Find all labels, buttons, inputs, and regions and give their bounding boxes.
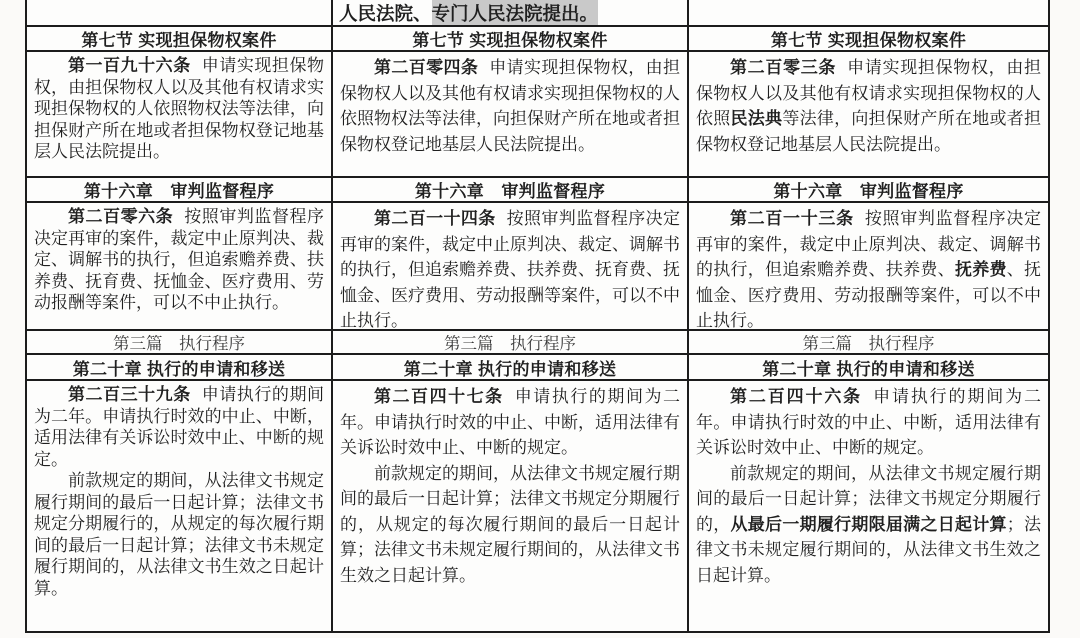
chapter16-header-label: 第十六章 审判监督程序	[415, 178, 605, 202]
carryover-cell	[27, 0, 331, 27]
article-number: 第二百零六条	[68, 207, 173, 226]
part3-header-label: 第三篇 执行程序	[444, 331, 576, 354]
article-number: 第二百零三条	[730, 58, 836, 77]
chapter20-header: 第二十章 执行的申请和移送	[689, 355, 1048, 381]
part3-header: 第三篇 执行程序	[689, 331, 1048, 355]
article-realize-security-cell: 第二百零三条申请实现担保物权，由担保物权人以及其他有权请求实现担保物权的人依照民…	[689, 52, 1048, 178]
article-paragraph: 第二百零四条申请实现担保物权，由担保物权人以及其他有权请求实现担保物权的人依照物…	[340, 55, 680, 157]
article-number: 第二百三十九条	[68, 385, 191, 404]
article-paragraph: 第二百一十四条按照审判监督程序决定再审的案件，裁定中止原判决、裁定、调解书的执行…	[340, 206, 680, 331]
article-text-amended: 抚养费	[955, 260, 1007, 279]
law-version-column-2: 人民法院、专门人民法院提出。 第七节 实现担保物权案件 第二百零四条申请实现担保…	[331, 0, 689, 631]
document-page: 第七节 实现担保物权案件 第一百九十六条申请实现担保物权，由担保物权人以及其他有…	[0, 0, 1080, 638]
article-execution-cell: 第二百三十九条申请执行的期间为二年。申请执行时效的中止、中断，适用法律有关诉讼时…	[27, 381, 331, 631]
carryover-cell: 人民法院、专门人民法院提出。	[333, 0, 687, 27]
article-realize-security-cell: 第二百零四条申请实现担保物权，由担保物权人以及其他有权请求实现担保物权的人依照物…	[333, 52, 687, 178]
section7-header: 第七节 实现担保物权案件	[689, 27, 1048, 52]
chapter20-header-label: 第二十章 执行的申请和移送	[404, 355, 617, 380]
part3-header-label: 第三篇 执行程序	[113, 331, 245, 354]
article-number: 第二百零四条	[374, 58, 478, 77]
section7-header-label: 第七节 实现担保物权案件	[81, 27, 276, 51]
article-number: 第一百九十六条	[68, 56, 191, 75]
article-paragraph: 前款规定的期间，从法律文书规定履行期间的最后一日起计算；法律文书规定分期履行的，…	[696, 461, 1041, 589]
article-supervision-cell: 第二百一十三条按照审判监督程序决定再审的案件，裁定中止原判决、裁定、调解书的执行…	[689, 203, 1048, 331]
chapter20-header: 第二十章 执行的申请和移送	[27, 355, 331, 381]
article-supervision-cell: 第二百一十四条按照审判监督程序决定再审的案件，裁定中止原判决、裁定、调解书的执行…	[333, 203, 687, 331]
carryover-text: 人民法院、	[339, 0, 432, 26]
chapter16-header-label: 第十六章 审判监督程序	[773, 178, 963, 202]
law-version-column-3: 第七节 实现担保物权案件 第二百零三条申请实现担保物权，由担保物权人以及其他有权…	[689, 0, 1048, 631]
article-number: 第二百四十六条	[730, 387, 862, 406]
section7-header: 第七节 实现担保物权案件	[27, 27, 331, 52]
chapter16-header: 第十六章 审判监督程序	[333, 178, 687, 203]
chapter20-header-label: 第二十章 执行的申请和移送	[73, 355, 286, 380]
chapter16-header-label: 第十六章 审判监督程序	[84, 178, 274, 202]
article-number: 第二百一十三条	[730, 209, 854, 228]
article-paragraph: 第一百九十六条申请实现担保物权，由担保物权人以及其他有权请求实现担保物权的人依照…	[34, 55, 324, 163]
article-text: 从规定的每次履行期间的最后一日起计算；法律文书未规定履行期间的，从法律文书生效之…	[340, 515, 680, 585]
section7-header: 第七节 实现担保物权案件	[333, 27, 687, 52]
article-paragraph: 第二百一十三条按照审判监督程序决定再审的案件，裁定中止原判决、裁定、调解书的执行…	[696, 206, 1041, 331]
article-execution-cell: 第二百四十七条申请执行的期间为二年。申请执行时效的中止、中断，适用法律有关诉讼时…	[333, 381, 687, 631]
article-paragraph: 第二百四十七条申请执行的期间为二年。申请执行时效的中止、中断，适用法律有关诉讼时…	[340, 384, 680, 461]
article-text-amended: 民法典	[731, 109, 783, 128]
part3-header-label: 第三篇 执行程序	[803, 331, 935, 354]
article-paragraph: 前款规定的期间，从法律文书规定履行期间的最后一日起计算；法律文书规定分期履行的，…	[340, 461, 680, 589]
article-paragraph: 前款规定的期间，从法律文书规定履行期间的最后一日起计算；法律文书规定分期履行的，…	[34, 470, 324, 599]
article-number: 第二百一十四条	[374, 209, 496, 228]
carryover-text-highlighted: 专门人民法院提出。	[432, 0, 599, 26]
article-paragraph: 第二百四十六条申请执行的期间为二年。申请执行时效的中止、中断，适用法律有关诉讼时…	[696, 384, 1041, 461]
article-realize-security-cell: 第一百九十六条申请实现担保物权，由担保物权人以及其他有权请求实现担保物权的人依照…	[27, 52, 331, 178]
article-number: 第二百四十七条	[374, 387, 504, 406]
article-paragraph: 第二百三十九条申请执行的期间为二年。申请执行时效的中止、中断，适用法律有关诉讼时…	[34, 384, 324, 470]
article-text-amended: 从最后一期履行期限届满之日起计算	[731, 515, 1007, 534]
article-paragraph: 第二百零六条按照审判监督程序决定再审的案件，裁定中止原判决、裁定、调解书的执行，…	[34, 206, 324, 314]
section7-header-label: 第七节 实现担保物权案件	[771, 27, 966, 51]
chapter20-header: 第二十章 执行的申请和移送	[333, 355, 687, 381]
part3-header: 第三篇 执行程序	[27, 331, 331, 355]
chapter16-header: 第十六章 审判监督程序	[689, 178, 1048, 203]
law-version-column-1: 第七节 实现担保物权案件 第一百九十六条申请实现担保物权，由担保物权人以及其他有…	[27, 0, 331, 631]
carryover-cell	[689, 0, 1048, 27]
section7-header-label: 第七节 实现担保物权案件	[412, 27, 607, 51]
article-paragraph: 第二百零三条申请实现担保物权，由担保物权人以及其他有权请求实现担保物权的人依照民…	[696, 55, 1041, 157]
article-execution-cell: 第二百四十六条申请执行的期间为二年。申请执行时效的中止、中断，适用法律有关诉讼时…	[689, 381, 1048, 631]
article-supervision-cell: 第二百零六条按照审判监督程序决定再审的案件，裁定中止原判决、裁定、调解书的执行，…	[27, 203, 331, 331]
law-comparison-table: 第七节 实现担保物权案件 第一百九十六条申请实现担保物权，由担保物权人以及其他有…	[25, 0, 1050, 633]
part3-header: 第三篇 执行程序	[333, 331, 687, 355]
chapter16-header: 第十六章 审判监督程序	[27, 178, 331, 203]
chapter20-header-label: 第二十章 执行的申请和移送	[762, 355, 975, 380]
